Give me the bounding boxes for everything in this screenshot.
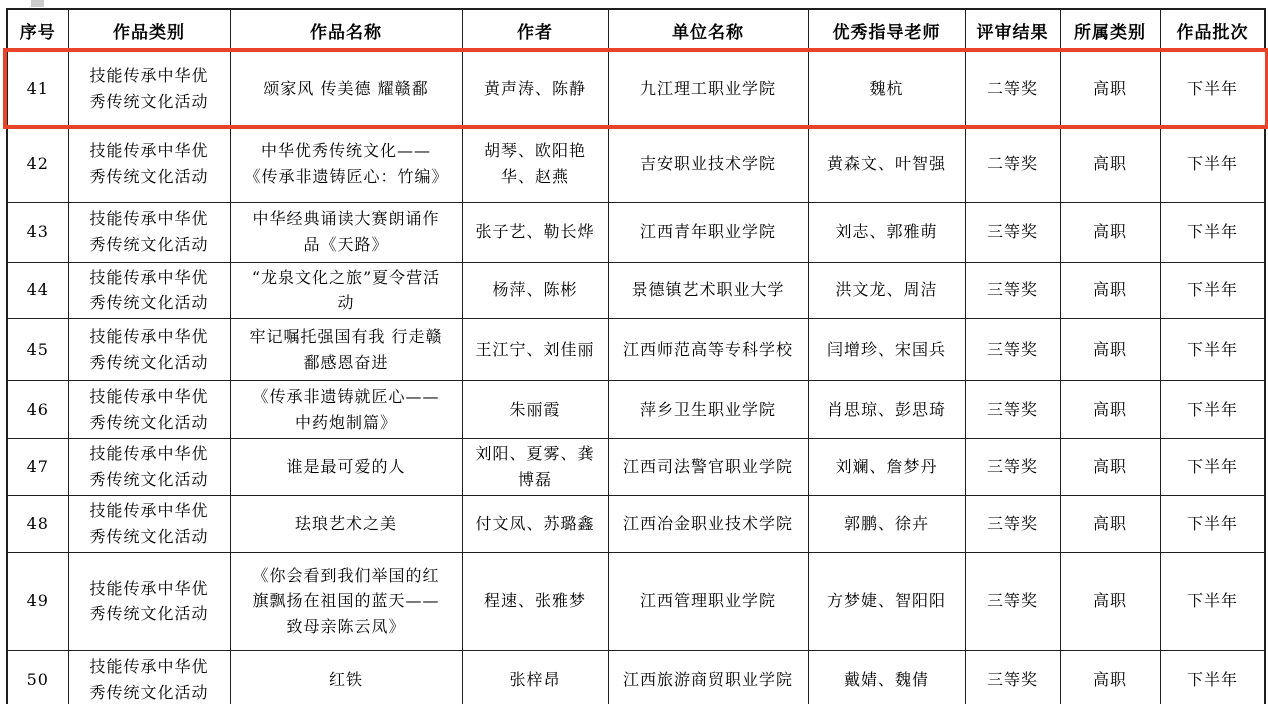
table-cell: 江西师范高等专科学校 xyxy=(608,319,808,381)
table-cell: 程速、张雅梦 xyxy=(462,552,608,650)
table-cell: 江西冶金职业技术学院 xyxy=(608,496,808,553)
table-cell: 萍乡卫生职业学院 xyxy=(608,381,808,439)
table-cell: 44 xyxy=(7,262,68,319)
table-cell: 江西管理职业学院 xyxy=(608,552,808,650)
table-cell: 刘阳、夏雾、龚博磊 xyxy=(462,439,608,496)
table-row: 44技能传承中华优秀传统文化活动“龙泉文化之旅”夏令营活动杨萍、陈彬景德镇艺术职… xyxy=(7,262,1265,319)
scan-artifact xyxy=(31,0,44,7)
table-row: 47技能传承中华优秀传统文化活动谁是最可爱的人刘阳、夏雾、龚博磊江西司法警官职业… xyxy=(7,439,1265,496)
table-cell: 47 xyxy=(7,439,68,496)
table-row: 48技能传承中华优秀传统文化活动珐琅艺术之美付文凤、苏璐鑫江西冶金职业技术学院郭… xyxy=(7,496,1265,553)
table-cell: 三等奖 xyxy=(965,202,1060,262)
table-cell: 刘斓、詹梦丹 xyxy=(808,439,965,496)
table-cell: 下半年 xyxy=(1160,439,1265,496)
table-cell: 高职 xyxy=(1060,552,1160,650)
header-cell-8: 作品批次 xyxy=(1160,9,1265,51)
table-row-highlighted: 41技能传承中华优秀传统文化活动颂家风 传美德 耀赣鄱黄声涛、陈静九江理工职业学… xyxy=(7,51,1265,126)
table-cell: 黄森文、叶智强 xyxy=(808,126,965,202)
table-cell: 刘志、郭雅萌 xyxy=(808,202,965,262)
table-cell: 景德镇艺术职业大学 xyxy=(608,262,808,319)
table-cell: 高职 xyxy=(1060,262,1160,319)
table-cell: 肖思琼、彭思琦 xyxy=(808,381,965,439)
table-cell: 43 xyxy=(7,202,68,262)
table-cell: 洪文龙、周洁 xyxy=(808,262,965,319)
table-cell: 下半年 xyxy=(1160,381,1265,439)
header-cell-4: 单位名称 xyxy=(608,9,808,51)
header-cell-0: 序号 xyxy=(7,9,68,51)
table-cell: 方梦婕、智阳阳 xyxy=(808,552,965,650)
table-cell: 41 xyxy=(7,51,68,126)
table-cell: 红铁 xyxy=(230,650,462,704)
table-cell: 《传承非遗铸就匠心——中药炮制篇》 xyxy=(230,381,462,439)
table-cell: 三等奖 xyxy=(965,552,1060,650)
table-row: 46技能传承中华优秀传统文化活动《传承非遗铸就匠心——中药炮制篇》朱丽霞萍乡卫生… xyxy=(7,381,1265,439)
table-cell: 42 xyxy=(7,126,68,202)
table-cell: 下半年 xyxy=(1160,319,1265,381)
table-cell: 技能传承中华优秀传统文化活动 xyxy=(68,202,230,262)
table-cell: 张梓昂 xyxy=(462,650,608,704)
table-cell: 技能传承中华优秀传统文化活动 xyxy=(68,126,230,202)
table-cell: 中华优秀传统文化——《传承非遗铸匠心：竹编》 xyxy=(230,126,462,202)
table-cell: 技能传承中华优秀传统文化活动 xyxy=(68,650,230,704)
table-cell: 高职 xyxy=(1060,496,1160,553)
table-cell: 下半年 xyxy=(1160,496,1265,553)
table-cell: 胡琴、欧阳艳华、赵燕 xyxy=(462,126,608,202)
table-cell: 50 xyxy=(7,650,68,704)
header-row: 序号作品类别作品名称作者单位名称优秀指导老师评审结果所属类别作品批次 xyxy=(7,9,1265,51)
table-cell: 《你会看到我们举国的红旗飘扬在祖国的蓝天——致母亲陈云凤》 xyxy=(230,552,462,650)
table-cell: 张子艺、勒长烨 xyxy=(462,202,608,262)
table-cell: 吉安职业技术学院 xyxy=(608,126,808,202)
table-cell: 技能传承中华优秀传统文化活动 xyxy=(68,381,230,439)
table-cell: 黄声涛、陈静 xyxy=(462,51,608,126)
table-cell: 三等奖 xyxy=(965,319,1060,381)
table-cell: 江西旅游商贸职业学院 xyxy=(608,650,808,704)
table-cell: 45 xyxy=(7,319,68,381)
table-cell: 谁是最可爱的人 xyxy=(230,439,462,496)
table-cell: 三等奖 xyxy=(965,650,1060,704)
table-cell: 戴婧、魏倩 xyxy=(808,650,965,704)
table-cell: 杨萍、陈彬 xyxy=(462,262,608,319)
header-cell-5: 优秀指导老师 xyxy=(808,9,965,51)
header-cell-7: 所属类别 xyxy=(1060,9,1160,51)
document-page: 序号作品类别作品名称作者单位名称优秀指导老师评审结果所属类别作品批次 41技能传… xyxy=(0,0,1268,704)
table-cell: 三等奖 xyxy=(965,496,1060,553)
header-cell-1: 作品类别 xyxy=(68,9,230,51)
table-cell: 颂家风 传美德 耀赣鄱 xyxy=(230,51,462,126)
table-cell: 高职 xyxy=(1060,650,1160,704)
awards-results-table: 序号作品类别作品名称作者单位名称优秀指导老师评审结果所属类别作品批次 41技能传… xyxy=(6,8,1266,704)
table-cell: 高职 xyxy=(1060,319,1160,381)
table-cell: 二等奖 xyxy=(965,51,1060,126)
table-cell: 朱丽霞 xyxy=(462,381,608,439)
table-cell: 郭鹏、徐卉 xyxy=(808,496,965,553)
table-cell: 付文凤、苏璐鑫 xyxy=(462,496,608,553)
table-row: 50技能传承中华优秀传统文化活动红铁张梓昂江西旅游商贸职业学院戴婧、魏倩三等奖高… xyxy=(7,650,1265,704)
table-cell: 技能传承中华优秀传统文化活动 xyxy=(68,319,230,381)
table-cell: 下半年 xyxy=(1160,126,1265,202)
table-cell: 技能传承中华优秀传统文化活动 xyxy=(68,51,230,126)
table-cell: 下半年 xyxy=(1160,650,1265,704)
table-cell: 高职 xyxy=(1060,126,1160,202)
header-cell-6: 评审结果 xyxy=(965,9,1060,51)
table-cell: 高职 xyxy=(1060,202,1160,262)
table-cell: 49 xyxy=(7,552,68,650)
table-cell: 三等奖 xyxy=(965,262,1060,319)
table-cell: 高职 xyxy=(1060,381,1160,439)
table-cell: 下半年 xyxy=(1160,202,1265,262)
table-cell: 江西青年职业学院 xyxy=(608,202,808,262)
table-cell: 牢记嘱托强国有我 行走赣鄱感恩奋进 xyxy=(230,319,462,381)
header-cell-2: 作品名称 xyxy=(230,9,462,51)
table-cell: 高职 xyxy=(1060,439,1160,496)
table-row: 43技能传承中华优秀传统文化活动中华经典诵读大赛朗诵作品《天路》张子艺、勒长烨江… xyxy=(7,202,1265,262)
table-cell: 下半年 xyxy=(1160,552,1265,650)
table-cell: 技能传承中华优秀传统文化活动 xyxy=(68,439,230,496)
table-cell: 九江理工职业学院 xyxy=(608,51,808,126)
table-cell: 中华经典诵读大赛朗诵作品《天路》 xyxy=(230,202,462,262)
table-cell: 46 xyxy=(7,381,68,439)
header-cell-3: 作者 xyxy=(462,9,608,51)
table-row: 49技能传承中华优秀传统文化活动《你会看到我们举国的红旗飘扬在祖国的蓝天——致母… xyxy=(7,552,1265,650)
table-body: 41技能传承中华优秀传统文化活动颂家风 传美德 耀赣鄱黄声涛、陈静九江理工职业学… xyxy=(7,51,1265,704)
table-cell: 高职 xyxy=(1060,51,1160,126)
table-cell: 下半年 xyxy=(1160,262,1265,319)
table-row: 45技能传承中华优秀传统文化活动牢记嘱托强国有我 行走赣鄱感恩奋进王江宁、刘佳丽… xyxy=(7,319,1265,381)
table-cell: 技能传承中华优秀传统文化活动 xyxy=(68,496,230,553)
table-row: 42技能传承中华优秀传统文化活动中华优秀传统文化——《传承非遗铸匠心：竹编》胡琴… xyxy=(7,126,1265,202)
table-cell: 技能传承中华优秀传统文化活动 xyxy=(68,552,230,650)
table-cell: 下半年 xyxy=(1160,51,1265,126)
table-cell: 魏杭 xyxy=(808,51,965,126)
table-cell: 王江宁、刘佳丽 xyxy=(462,319,608,381)
table-cell: 闫增珍、宋国兵 xyxy=(808,319,965,381)
table-cell: 三等奖 xyxy=(965,381,1060,439)
table-cell: “龙泉文化之旅”夏令营活动 xyxy=(230,262,462,319)
table-cell: 珐琅艺术之美 xyxy=(230,496,462,553)
table-cell: 二等奖 xyxy=(965,126,1060,202)
table-cell: 技能传承中华优秀传统文化活动 xyxy=(68,262,230,319)
table-cell: 三等奖 xyxy=(965,439,1060,496)
table-cell: 48 xyxy=(7,496,68,553)
table-cell: 江西司法警官职业学院 xyxy=(608,439,808,496)
